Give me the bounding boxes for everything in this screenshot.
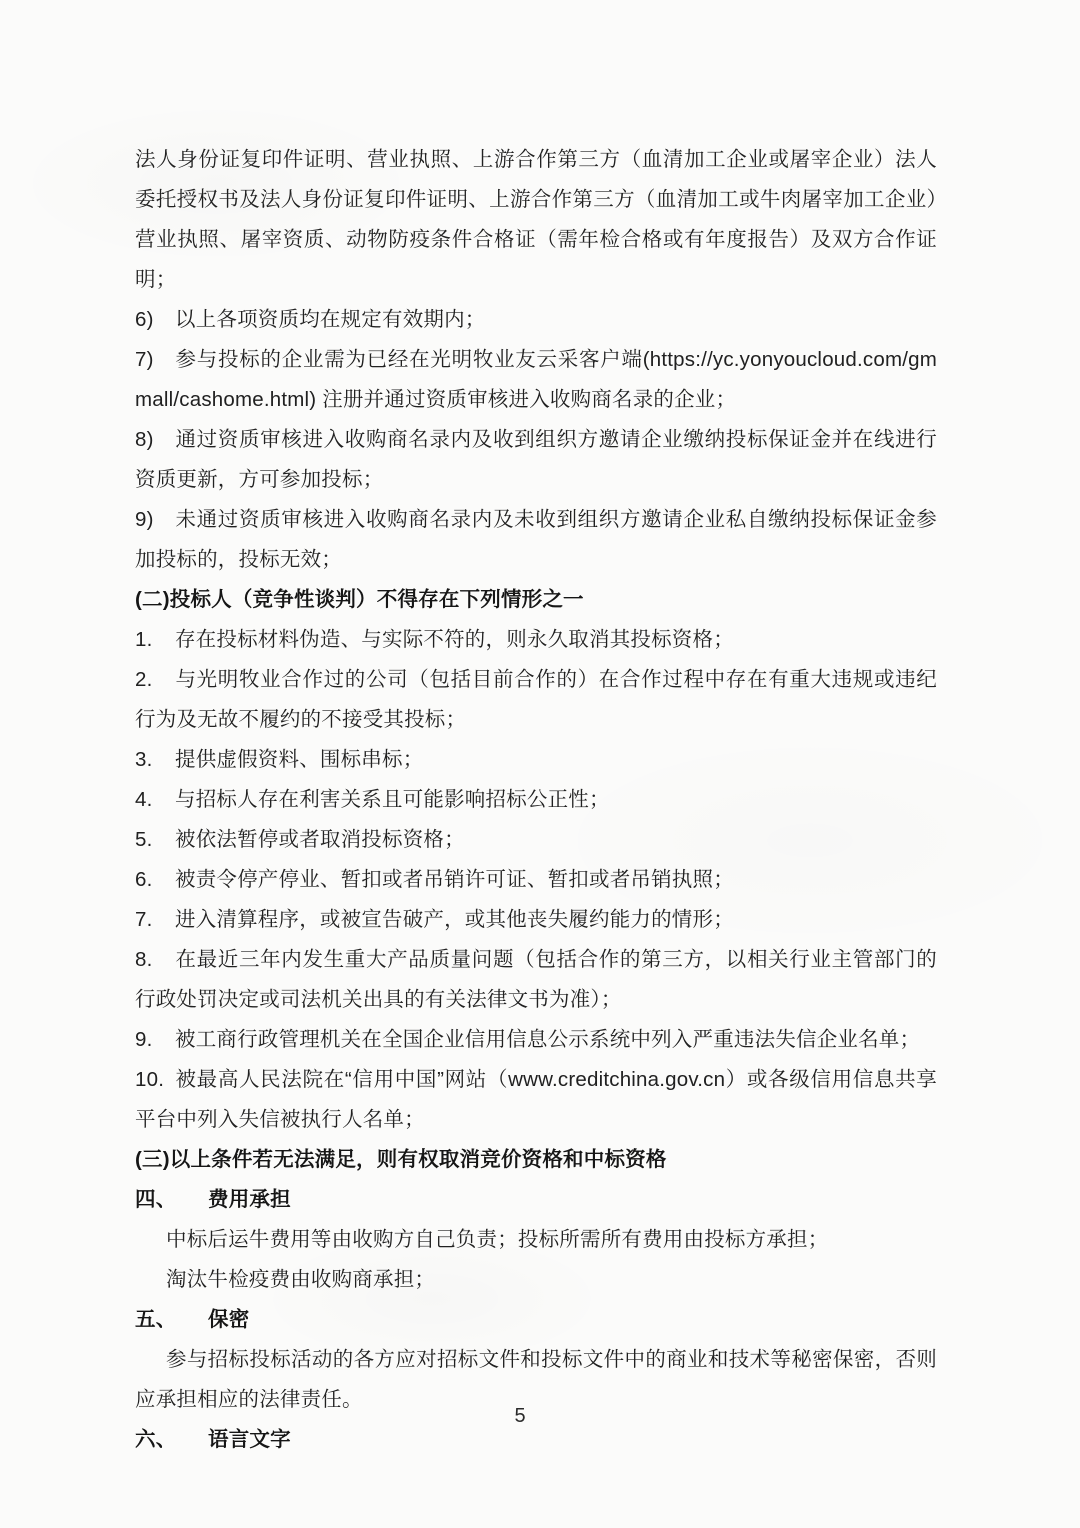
page-number: 5 — [514, 1405, 525, 1427]
paragraph-text: 淘汰牛检疫费由收购商承担； — [166, 1268, 435, 1291]
paragraph-text: (二)投标人（竞争性谈判）不得存在下列情形之一 — [135, 588, 584, 611]
paragraph-text: 存在投标材料伪造、与实际不符的，则永久取消其投标资格； — [175, 628, 734, 651]
paragraph-text: 被工商行政管理机关在全国企业信用信息公示系统中列入严重违法失信企业名单； — [175, 1028, 920, 1051]
paragraph-text: 与招标人存在利害关系且可能影响招标公正性； — [175, 788, 610, 811]
list-item: 4.与招标人存在利害关系且可能影响招标公正性； — [135, 780, 937, 820]
section-marker: 五、 — [135, 1300, 208, 1340]
list-marker: 10. — [135, 1060, 175, 1100]
list-item: 9.被工商行政管理机关在全国企业信用信息公示系统中列入严重违法失信企业名单； — [135, 1020, 937, 1060]
paragraph-text: 参与投标的企业需为已经在光明牧业友云采客户端(https://yc.yonyou… — [135, 348, 937, 411]
paragraph-text: 进入清算程序，或被宣告破产，或其他丧失履约能力的情形； — [175, 908, 734, 931]
list-item: 1.存在投标材料伪造、与实际不符的，则永久取消其投标资格； — [135, 620, 937, 660]
list-marker: 4. — [135, 780, 175, 820]
list-marker: 8) — [135, 420, 175, 460]
list-marker: 6. — [135, 860, 175, 900]
list-marker: 9) — [135, 500, 175, 540]
list-marker: 8. — [135, 940, 175, 980]
document-body: 法人身份证复印件证明、营业执照、上游合作第三方（血清加工企业或屠宰企业）法人委托… — [135, 140, 937, 1460]
section-heading: 四、费用承担 — [135, 1180, 937, 1220]
list-marker: 2. — [135, 660, 175, 700]
section-title: 语言文字 — [208, 1428, 291, 1451]
indented-paragraph: 淘汰牛检疫费由收购商承担； — [135, 1260, 937, 1300]
list-item: 2.与光明牧业合作过的公司（包括目前合作的）在合作过程中存在有重大违规或违纪行为… — [135, 660, 937, 740]
list-marker: 1. — [135, 620, 175, 660]
paragraph-text: (三)以上条件若无法满足，则有权取消竞价资格和中标资格 — [135, 1148, 667, 1171]
indented-paragraph: 中标后运牛费用等由收购方自己负责；投标所需所有费用由投标方承担； — [135, 1220, 937, 1260]
paragraph-text: 通过资质审核进入收购商名录内及收到组织方邀请企业缴纳投标保证金并在线进行资质更新… — [135, 428, 937, 491]
list-item: 6)以上各项资质均在规定有效期内； — [135, 300, 937, 340]
section-marker: 四、 — [135, 1180, 208, 1220]
list-item: 8.在最近三年内发生重大产品质量问题（包括合作的第三方，以相关行业主管部门的行政… — [135, 940, 937, 1020]
paragraph-text: 被责令停产停业、暂扣或者吊销许可证、暂扣或者吊销执照； — [175, 868, 734, 891]
paragraph-text: 中标后运牛费用等由收购方自己负责；投标所需所有费用由投标方承担； — [166, 1228, 828, 1251]
section-title: 费用承担 — [208, 1188, 291, 1211]
list-item: 3.提供虚假资料、围标串标； — [135, 740, 937, 780]
list-marker: 5. — [135, 820, 175, 860]
list-item: 8)通过资质审核进入收购商名录内及收到组织方邀请企业缴纳投标保证金并在线进行资质… — [135, 420, 937, 500]
paragraph-text: 提供虚假资料、围标串标； — [175, 748, 423, 771]
list-item: 7)参与投标的企业需为已经在光明牧业友云采客户端(https://yc.yony… — [135, 340, 937, 420]
subsection-heading: (三)以上条件若无法满足，则有权取消竞价资格和中标资格 — [135, 1140, 937, 1180]
section-title: 保密 — [208, 1308, 249, 1331]
document-page: 法人身份证复印件证明、营业执照、上游合作第三方（血清加工企业或屠宰企业）法人委托… — [0, 0, 1080, 1528]
list-item: 5.被依法暂停或者取消投标资格； — [135, 820, 937, 860]
page-footer: 5 — [0, 1402, 1040, 1430]
paragraph-text: 以上各项资质均在规定有效期内； — [175, 308, 486, 331]
list-item: 7.进入清算程序，或被宣告破产，或其他丧失履约能力的情形； — [135, 900, 937, 940]
subsection-heading: (二)投标人（竞争性谈判）不得存在下列情形之一 — [135, 580, 937, 620]
list-marker: 7. — [135, 900, 175, 940]
paragraph-continuation: 法人身份证复印件证明、营业执照、上游合作第三方（血清加工企业或屠宰企业）法人委托… — [135, 140, 937, 300]
list-item: 9)未通过资质审核进入收购商名录内及未收到组织方邀请企业私自缴纳投标保证金参加投… — [135, 500, 937, 580]
paragraph-text: 法人身份证复印件证明、营业执照、上游合作第三方（血清加工企业或屠宰企业）法人委托… — [135, 148, 937, 291]
section-heading: 五、保密 — [135, 1300, 937, 1340]
list-item: 6.被责令停产停业、暂扣或者吊销许可证、暂扣或者吊销执照； — [135, 860, 937, 900]
paragraph-text: 与光明牧业合作过的公司（包括目前合作的）在合作过程中存在有重大违规或违纪行为及无… — [135, 668, 937, 731]
paragraph-text: 被最高人民法院在“信用中国”网站（www.creditchina.gov.cn）… — [135, 1068, 937, 1131]
paragraph-text: 在最近三年内发生重大产品质量问题（包括合作的第三方，以相关行业主管部门的行政处罚… — [135, 948, 937, 1011]
list-marker: 9. — [135, 1020, 175, 1060]
list-marker: 7) — [135, 340, 175, 380]
list-marker: 3. — [135, 740, 175, 780]
list-item: 10.被最高人民法院在“信用中国”网站（www.creditchina.gov.… — [135, 1060, 937, 1140]
list-marker: 6) — [135, 300, 175, 340]
paragraph-text: 未通过资质审核进入收购商名录内及未收到组织方邀请企业私自缴纳投标保证金参加投标的… — [135, 508, 937, 571]
paragraph-text: 被依法暂停或者取消投标资格； — [175, 828, 465, 851]
